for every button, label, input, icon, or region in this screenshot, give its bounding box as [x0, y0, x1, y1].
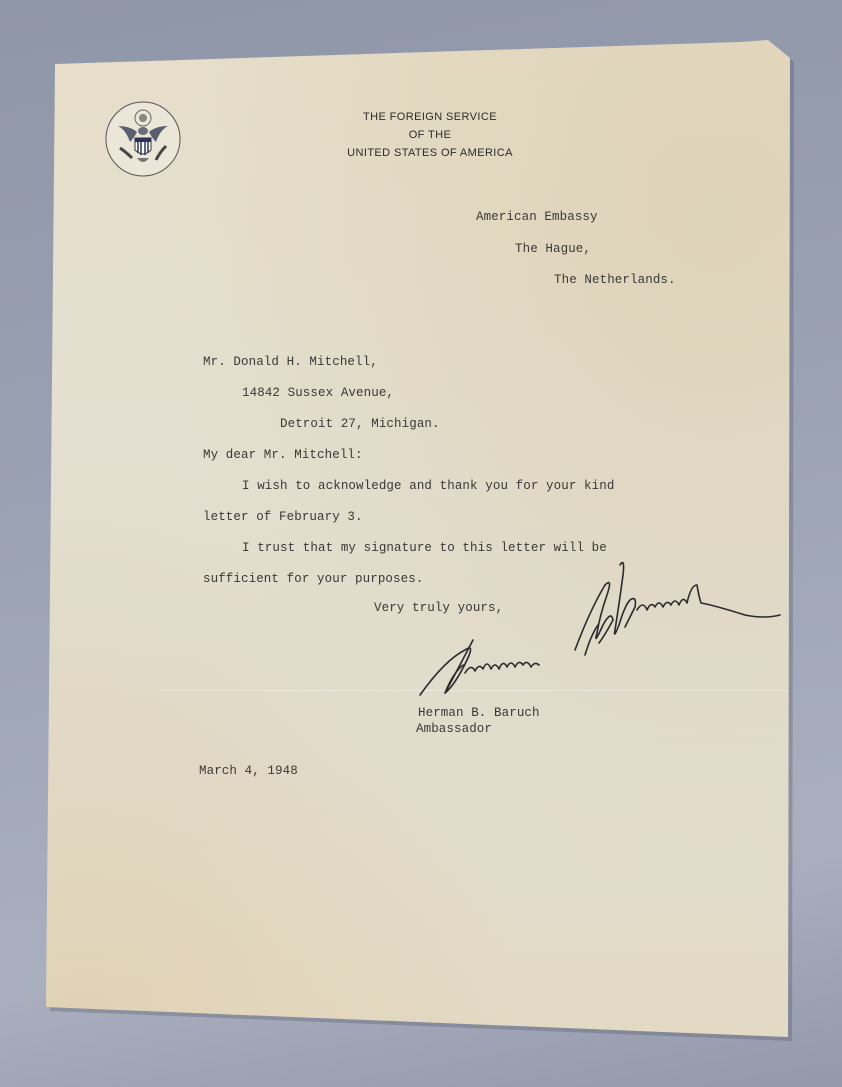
sender-address-line-3: The Netherlands.: [554, 273, 676, 287]
body-paragraph-1-line-2: letter of February 3.: [203, 510, 363, 524]
body-paragraph-2-line-2: sufficient for your purposes.: [203, 572, 423, 586]
handwritten-signature: [415, 555, 795, 710]
sender-address-line-1: American Embassy: [476, 210, 598, 224]
great-seal-icon: [104, 100, 182, 178]
letter-date: March 4, 1948: [199, 764, 298, 778]
letterhead-line-1: THE FOREIGN SERVICE: [300, 108, 560, 126]
letterhead: THE FOREIGN SERVICE OF THE UNITED STATES…: [300, 108, 560, 162]
recipient-name: Mr. Donald H. Mitchell,: [203, 355, 378, 369]
letterhead-line-3: UNITED STATES OF AMERICA: [300, 144, 560, 162]
salutation: My dear Mr. Mitchell:: [203, 448, 363, 462]
sender-address-line-2: The Hague,: [515, 242, 591, 256]
recipient-city: Detroit 27, Michigan.: [280, 417, 440, 431]
body-paragraph-2-line-1: I trust that my signature to this letter…: [242, 541, 607, 555]
letterhead-line-2: OF THE: [300, 126, 560, 144]
signatory-title: Ambassador: [416, 722, 492, 736]
recipient-street: 14842 Sussex Avenue,: [242, 386, 394, 400]
typed-signatory-name: Herman B. Baruch: [418, 706, 540, 720]
body-paragraph-1-line-1: I wish to acknowledge and thank you for …: [242, 479, 614, 493]
